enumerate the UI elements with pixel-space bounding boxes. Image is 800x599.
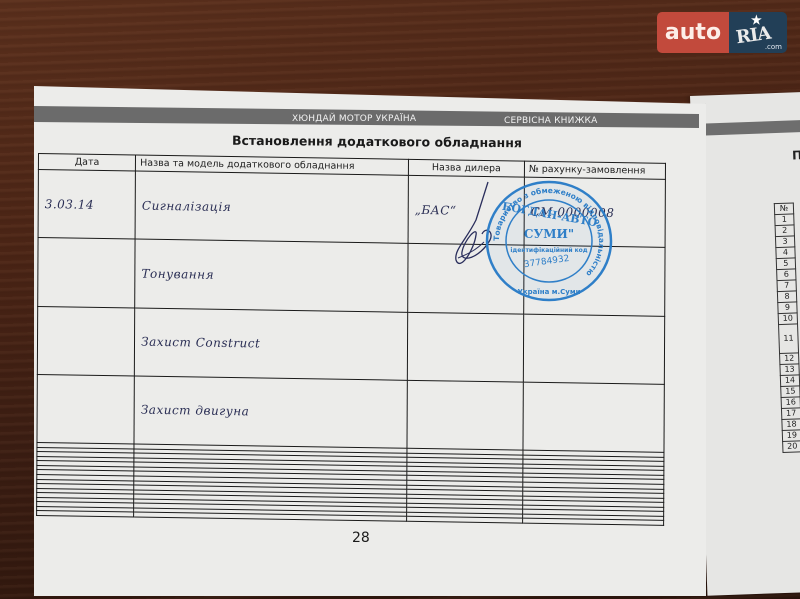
index-number: 3 [775, 236, 794, 248]
index-number: 5 [776, 258, 795, 270]
table-row: Захист Construct [37, 306, 664, 384]
logo-auto-part: auto [657, 12, 729, 53]
stamp-id-label: ідентифікаційний код [510, 247, 587, 254]
index-number: 18 [782, 419, 800, 431]
stamp-line-2: СУМИ" [524, 227, 574, 241]
autoria-logo: auto ★ RIA .com [657, 12, 787, 53]
cell-date [37, 511, 134, 517]
header-book-title: СЕРВІСНА КНИЖКА [504, 116, 597, 126]
index-number: 17 [781, 408, 800, 420]
index-number: 16 [781, 397, 800, 409]
header-company: ХЮНДАЙ МОТОР УКРАЇНА [292, 114, 416, 124]
right-page-index-table: №1234567891011121314151617181920 [774, 202, 800, 453]
cell-dealer [407, 380, 523, 450]
company-stamp-icon: Товариство з обмеженою відповідальністю … [485, 180, 613, 302]
cell-dealer [407, 312, 523, 382]
right-page-header-band [691, 119, 800, 136]
cell-equipment: Захист Construct [135, 308, 408, 381]
cell-invoice [523, 314, 664, 384]
logo-ria-part: ★ RIA .com [729, 12, 787, 53]
index-header: № [774, 203, 793, 215]
index-number: 20 [783, 441, 800, 453]
index-number: 4 [776, 247, 795, 259]
index-number: 19 [782, 430, 800, 442]
cell-date [37, 306, 135, 376]
cell-invoice [523, 382, 664, 452]
cell-date [38, 238, 136, 308]
page-number: 28 [352, 530, 370, 546]
cell-equipment: Тонування [135, 239, 408, 312]
cell-equipment: Сигналізація [135, 171, 408, 244]
cell-equipment: Захист двигуна [134, 376, 407, 449]
index-number: 1 [775, 214, 794, 226]
page-title: Встановлення додаткового обладнання [232, 133, 522, 151]
index-number: 10 [778, 313, 797, 325]
right-page-title-fragment: П [792, 148, 800, 162]
index-number: 9 [778, 302, 797, 314]
index-number: 8 [777, 291, 796, 303]
column-header-date: Дата [38, 154, 135, 172]
index-number: 11 [779, 324, 799, 354]
index-number: 6 [777, 269, 796, 281]
logo-domain-suffix: .com [765, 43, 782, 51]
right-page: П №1234567891011121314151617181920 [690, 91, 800, 596]
table-row: Захист двигуна [37, 374, 664, 452]
stamp-bottom-text: Україна м.Суми [518, 288, 581, 296]
cell-date [37, 374, 135, 444]
index-number: 2 [775, 225, 794, 237]
index-number: 14 [780, 375, 799, 387]
index-number: 15 [781, 386, 800, 398]
index-number: 13 [780, 364, 799, 376]
column-header-dealer: Назва дилера [408, 159, 524, 177]
index-number: 12 [780, 353, 799, 365]
index-number: 7 [777, 280, 796, 292]
cell-date: 3.03.14 [38, 170, 136, 240]
